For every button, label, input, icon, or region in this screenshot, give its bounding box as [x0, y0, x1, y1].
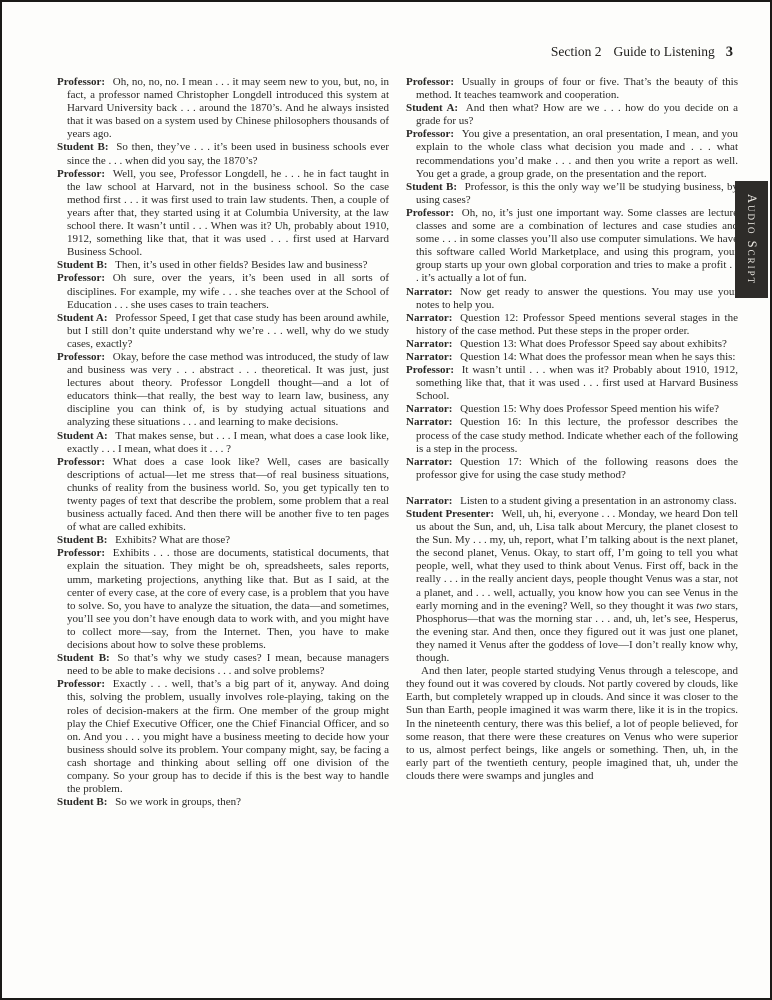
dialogue-continuation: And then later, people started studying … [406, 665, 738, 783]
audio-script-tab: Audio Script [735, 181, 768, 298]
page-title: Guide to Listening [614, 44, 715, 59]
dialogue-paragraph: Student Presenter:Well, uh, hi, everyone… [406, 508, 738, 665]
dialogue-paragraph: Professor:Exhibits . . . those are docum… [57, 547, 389, 652]
speaker-label: Professor: [406, 76, 454, 88]
dialogue-column-right: Professor:Usually in groups of four or f… [406, 76, 738, 809]
speaker-label: Narrator: [406, 495, 452, 507]
dialogue-paragraph: Professor:What does a case look like? We… [57, 456, 389, 535]
dialogue-paragraph: Narrator:Listen to a student giving a pr… [406, 495, 738, 508]
speaker-label: Student B: [57, 534, 107, 546]
speaker-label: Narrator: [406, 351, 452, 363]
dialogue-paragraph: Student B:So then, they’ve . . . it’s be… [57, 141, 389, 167]
speaker-label: Narrator: [406, 403, 452, 415]
dialogue-paragraph: Professor:Usually in groups of four or f… [406, 76, 738, 102]
dialogue-paragraph: Professor:Oh, no, no, no. I mean . . . i… [57, 76, 389, 141]
page-header: Section 2Guide to Listening3 [551, 44, 733, 61]
speaker-label: Professor: [406, 128, 454, 140]
speaker-label: Student A: [57, 312, 108, 324]
dialogue-paragraph: Professor:It wasn’t until . . . when was… [406, 364, 738, 403]
dialogue-paragraph: Narrator:Question 12: Professor Speed me… [406, 312, 738, 338]
dialogue-paragraph: Narrator:Question 15: Why does Professor… [406, 403, 738, 416]
textbook-page: Section 2Guide to Listening3 Professor:O… [0, 0, 772, 1000]
dialogue-paragraph: Student A:And then what? How are we . . … [406, 102, 738, 128]
dialogue-paragraph: Professor:Well, you see, Professor Longd… [57, 168, 389, 260]
script-columns: Professor:Oh, no, no, no. I mean . . . i… [57, 76, 738, 809]
dialogue-paragraph: Narrator:Question 13: What does Professo… [406, 338, 738, 351]
speaker-label: Professor: [57, 678, 105, 690]
speaker-label: Professor: [57, 547, 105, 559]
dialogue-paragraph: Professor:Oh sure, over the years, it’s … [57, 272, 389, 311]
speaker-label: Student B: [57, 259, 107, 271]
page-number: 3 [726, 44, 733, 60]
dialogue-paragraph: Student A:Professor Speed, I get that ca… [57, 312, 389, 351]
speaker-label: Narrator: [406, 416, 452, 428]
dialogue-paragraph: Professor:Okay, before the case method w… [57, 351, 389, 430]
dialogue-paragraph: Narrator:Now get ready to answer the que… [406, 286, 738, 312]
speaker-label: Student B: [57, 796, 107, 808]
speaker-label: Narrator: [406, 286, 452, 298]
speaker-label: Professor: [57, 168, 105, 180]
dialogue-paragraph: Professor:You give a presentation, an or… [406, 128, 738, 180]
section-label: Section 2 [551, 44, 602, 59]
speaker-label: Narrator: [406, 312, 452, 324]
dialogue-paragraph: Student B:Then, it’s used in other field… [57, 259, 389, 272]
speaker-label: Professor: [57, 351, 105, 363]
dialogue-paragraph: Student B:So that’s why we study cases? … [57, 652, 389, 678]
audio-script-tab-label: Audio Script [744, 194, 759, 285]
dialogue-paragraph: Professor:Exactly . . . well, that’s a b… [57, 678, 389, 796]
dialogue-paragraph: Student B:Professor, is this the only wa… [406, 181, 738, 207]
speaker-label: Professor: [57, 456, 105, 468]
dialogue-paragraph: Professor:Oh, no, it’s just one importan… [406, 207, 738, 286]
speaker-label: Narrator: [406, 456, 452, 468]
speaker-label: Student B: [406, 181, 457, 193]
speaker-label: Professor: [406, 364, 454, 376]
dialogue-paragraph: Narrator:Question 14: What does the prof… [406, 351, 738, 364]
speaker-label: Professor: [406, 207, 454, 219]
speaker-label: Professor: [57, 76, 105, 88]
dialogue-paragraph: Student B:So we work in groups, then? [57, 796, 389, 809]
speaker-label: Student A: [406, 102, 458, 114]
speaker-label: Professor: [57, 272, 105, 284]
dialogue-paragraph: Student B:Exhibits? What are those? [57, 534, 389, 547]
speaker-label: Student Presenter: [406, 508, 494, 520]
speaker-label: Narrator: [406, 338, 452, 350]
speaker-label: Student B: [57, 652, 110, 664]
speaker-label: Student A: [57, 430, 108, 442]
dialogue-paragraph: Narrator:Question 17: Which of the follo… [406, 456, 738, 482]
speaker-label: Student B: [57, 141, 109, 153]
dialogue-paragraph: Narrator:Question 16: In this lecture, t… [406, 416, 738, 455]
dialogue-paragraph: Student A:That makes sense, but . . . I … [57, 430, 389, 456]
dialogue-column-left: Professor:Oh, no, no, no. I mean . . . i… [57, 76, 389, 809]
